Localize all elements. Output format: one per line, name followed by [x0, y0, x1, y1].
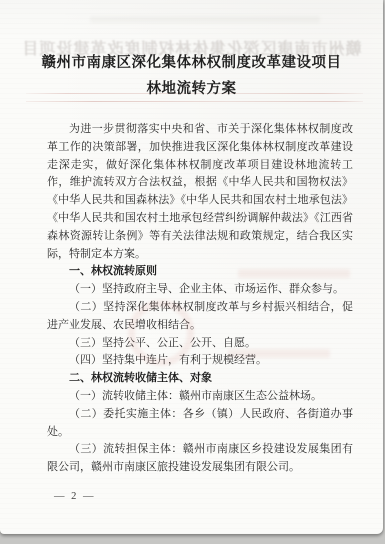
document-body: 为进一步贯彻落实中央和省、市关于深化集体林权制度改革工作的决策部署，加快推进我区… [47, 121, 353, 477]
section-1-item-1: （一）坚持政府主导、企业主体、市场运作、群众参与。 [47, 281, 353, 299]
section-1-item-2: （二）坚持深化集体林权制度改革与乡村振兴相结合，促进产业发展、农民增收相结合。 [47, 299, 353, 335]
document-title-line-2: 林地流转方案 [22, 76, 361, 102]
section-1-heading: 一、林权流转原则 [47, 263, 353, 281]
intro-paragraph: 为进一步贯彻落实中央和省、市关于深化集体林权制度改革工作的决策部署，加快推进我区… [47, 121, 353, 263]
section-2-heading: 二、林权流转收储主体、对象 [47, 370, 353, 388]
section-1-item-3: （三）坚持公平、公正、公开、自愿。 [47, 335, 353, 353]
page-number: — 2 — [54, 491, 96, 502]
document-page: 赣州市南康区深化集体林权制度改革建设项目 赣州市南康区深化集体林权制度改革建设项… [0, 0, 383, 534]
document-title-line-1: 赣州市南康区深化集体林权制度改革建设项目 [22, 50, 361, 76]
bleedthrough-smudge [90, 16, 320, 23]
section-2-item-2: （二）委托实施主体：各乡（镇）人民政府、各街道办事处。 [47, 406, 353, 442]
scanned-document: 赣州市南康区深化集体林权制度改革建设项目 赣州市南康区深化集体林权制度改革建设项… [0, 0, 385, 544]
section-1-item-4: （四）坚持集中连片，有利于规模经营。 [47, 352, 353, 370]
section-2-item-1: （一）流转收储主体：赣州市南康区生态公益林场。 [47, 388, 353, 406]
section-2-item-3: （三）流转担保主体：赣州市南康区乡投建设发展集团有限公司，赣州市南康区旅投建设发… [47, 441, 353, 477]
document-title: 赣州市南康区深化集体林权制度改革建设项目 林地流转方案 [22, 50, 361, 102]
